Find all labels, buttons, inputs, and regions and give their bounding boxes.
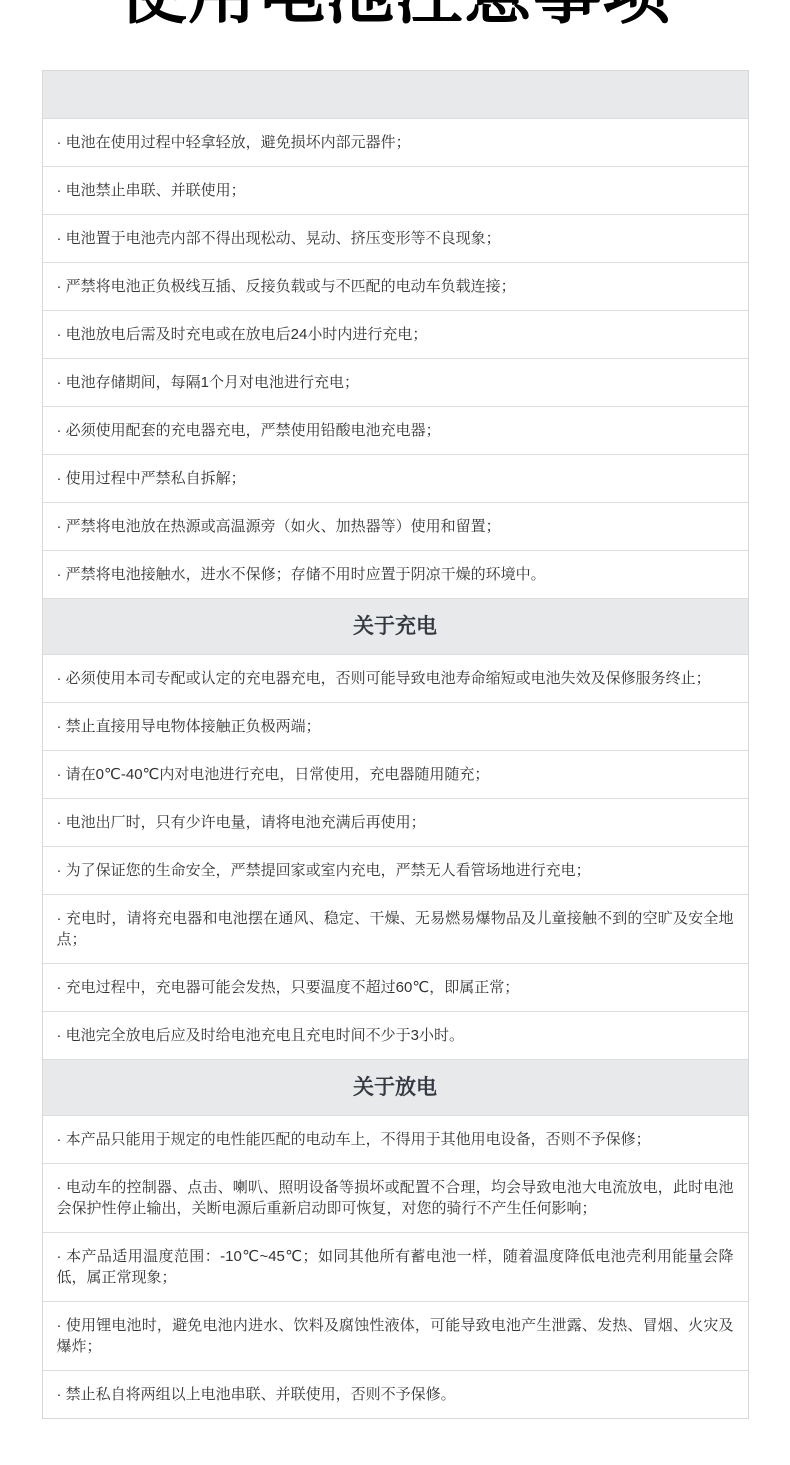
table-row: · 严禁将电池接触水，进水不保修；存储不用时应置于阴凉干燥的环境中。 <box>43 550 748 598</box>
section-header: 关于放电 <box>43 1059 748 1115</box>
table-row: · 请在0℃-40℃内对电池进行充电，日常使用，充电器随用随充； <box>43 750 748 798</box>
table-row: · 电池在使用过程中轻拿轻放，避免损坏内部元器件； <box>43 118 748 166</box>
precautions-table: · 电池在使用过程中轻拿轻放，避免损坏内部元器件；· 电池禁止串联、并联使用；·… <box>42 70 749 1419</box>
table-row: · 禁止直接用导电物体接触正负极两端； <box>43 702 748 750</box>
table-row: · 电池存储期间，每隔1个月对电池进行充电； <box>43 358 748 406</box>
table-row: · 必须使用本司专配或认定的充电器充电，否则可能导致电池寿命缩短或电池失效及保修… <box>43 654 748 702</box>
table-row: · 使用锂电池时，避免电池内进水、饮料及腐蚀性液体，可能导致电池产生泄露、发热、… <box>43 1301 748 1370</box>
table-row: · 电池禁止串联、并联使用； <box>43 166 748 214</box>
table-row: · 电动车的控制器、点击、喇叭、照明设备等损坏或配置不合理，均会导致电池大电流放… <box>43 1163 748 1232</box>
table-row: · 严禁将电池放在热源或高温源旁（如火、加热器等）使用和留置； <box>43 502 748 550</box>
table-row: · 严禁将电池正负极线互插、反接负载或与不匹配的电动车负载连接； <box>43 262 748 310</box>
table-row: · 禁止私自将两组以上电池串联、并联使用，否则不予保修。 <box>43 1370 748 1418</box>
table-row: · 充电时，请将充电器和电池摆在通风、稳定、干燥、无易燃易爆物品及儿童接触不到的… <box>43 894 748 963</box>
table-row: · 使用过程中严禁私自拆解； <box>43 454 748 502</box>
table-row: · 必须使用配套的充电器充电，严禁使用铅酸电池充电器； <box>43 406 748 454</box>
table-row: · 本产品适用温度范围：-10℃~45℃；如同其他所有蓄电池一样，随着温度降低电… <box>43 1232 748 1301</box>
table-header-empty-row <box>43 71 748 118</box>
page: 使用电池注意事项 · 电池在使用过程中轻拿轻放，避免损坏内部元器件；· 电池禁止… <box>0 0 790 1419</box>
table-row: · 为了保证您的生命安全，严禁提回家或室内充电，严禁无人看管场地进行充电； <box>43 846 748 894</box>
table-row: · 电池置于电池壳内部不得出现松动、晃动、挤压变形等不良现象； <box>43 214 748 262</box>
table-row: · 电池放电后需及时充电或在放电后24小时内进行充电； <box>43 310 748 358</box>
section-header: 关于充电 <box>43 598 748 654</box>
table-row: · 电池完全放电后应及时给电池充电且充电时间不少于3小时。 <box>43 1011 748 1059</box>
page-title: 使用电池注意事项 <box>0 0 790 28</box>
table-row: · 充电过程中，充电器可能会发热，只要温度不超过60℃，即属正常； <box>43 963 748 1011</box>
table-row: · 本产品只能用于规定的电性能匹配的电动车上，不得用于其他用电设备，否则不予保修… <box>43 1115 748 1163</box>
table-row: · 电池出厂时，只有少许电量，请将电池充满后再使用； <box>43 798 748 846</box>
